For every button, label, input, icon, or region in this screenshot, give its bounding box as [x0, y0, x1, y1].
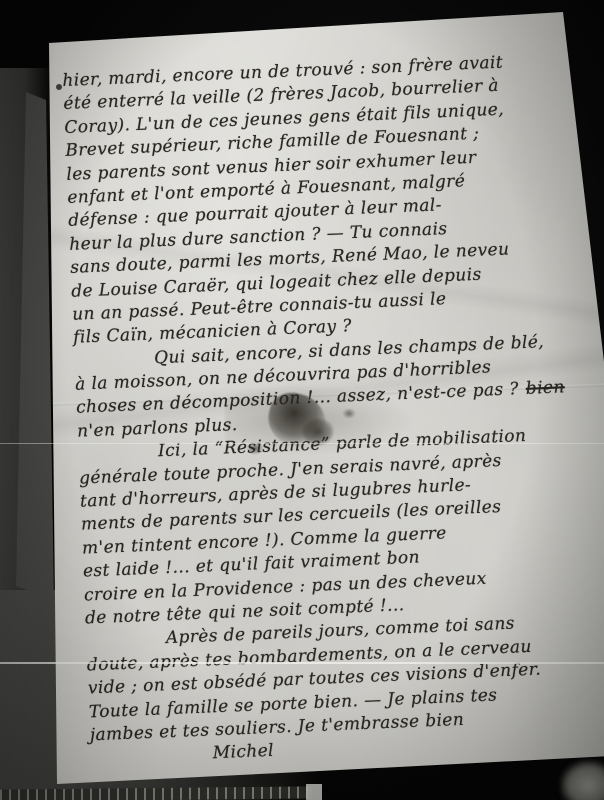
photo-scratch-line: [0, 443, 604, 444]
letter-paper: hier, mardi, encore un de trouvé : son f…: [0, 0, 604, 800]
struck-word: bien: [525, 378, 565, 400]
film-edge-texture: [0, 786, 312, 800]
photograph: hier, mardi, encore un de trouvé : son f…: [0, 0, 604, 800]
photo-scratch-line: [0, 662, 604, 664]
background-object: [560, 760, 604, 800]
film-edge-mark: [306, 784, 322, 800]
margin-ink-dot: [56, 84, 62, 90]
